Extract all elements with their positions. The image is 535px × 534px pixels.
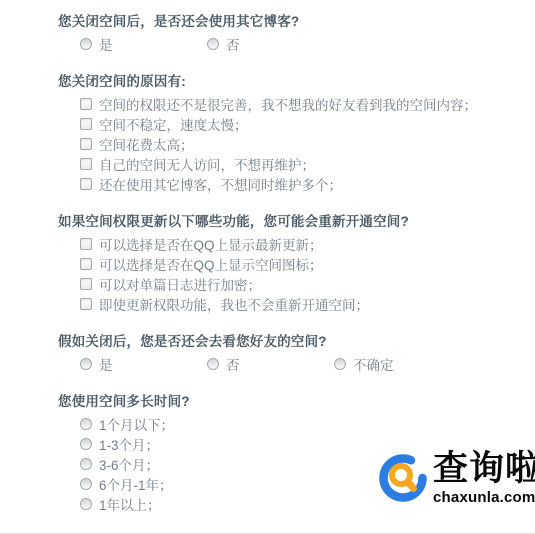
option-label: 是 <box>99 34 113 54</box>
radio-option-row: 是 <box>80 354 207 374</box>
question-title: 假如关闭后，您是否还会去看您好友的空间? <box>58 333 498 351</box>
option-label: 空间的权限还不是很完善，我不想我的好友看到我的空间内容； <box>99 94 477 114</box>
option-label: 1个月以下； <box>99 414 174 434</box>
option-label: 空间不稳定，速度太慢； <box>99 114 248 134</box>
option-label: 即使更新权限功能，我也不会重新开通空间； <box>99 294 369 314</box>
checkbox-option-row: 可以对单篇日志进行加密； <box>80 274 498 294</box>
checkbox-group-q3: 可以选择是否在QQ上显示最新更新； 可以选择是否在QQ上显示空间图标； 可以对单… <box>80 234 498 314</box>
q2-checkbox-cost[interactable] <box>80 138 92 150</box>
survey-page: { "page": { "background": "#ffffff", "ti… <box>0 0 535 534</box>
option-label: 1年以上； <box>99 494 161 514</box>
question-other-blogs: 您关闭空间后，是否还会使用其它博客? 是 否 <box>58 13 498 54</box>
q3-checkbox-show-icon[interactable] <box>80 258 92 270</box>
checkbox-option-row: 空间的权限还不是很完善，我不想我的好友看到我的空间内容； <box>80 94 498 114</box>
question-visit-friends: 假如关闭后，您是否还会去看您好友的空间? 是 否 不确定 <box>58 333 498 374</box>
q2-checkbox-no-visitors[interactable] <box>80 158 92 170</box>
radio-option-row: 1个月以下； <box>80 414 498 434</box>
checkbox-option-row: 可以选择是否在QQ上显示空间图标； <box>80 254 498 274</box>
q1-radio-no[interactable] <box>207 38 219 50</box>
checkbox-option-row: 空间不稳定，速度太慢； <box>80 114 498 134</box>
option-label: 不确定 <box>353 354 394 374</box>
q5-radio-under-1-month[interactable] <box>80 418 92 430</box>
q4-radio-yes[interactable] <box>80 358 92 370</box>
q5-radio-6-12-months[interactable] <box>80 478 92 490</box>
logo-text-block: 查询啦 chaxunla.com <box>433 449 535 506</box>
radio-option-row: 否 <box>207 354 334 374</box>
q2-checkbox-permissions[interactable] <box>80 98 92 110</box>
question-title: 如果空间权限更新以下哪些功能，您可能会重新开通空间? <box>58 213 498 231</box>
q5-radio-over-1-year[interactable] <box>80 498 92 510</box>
q3-checkbox-encrypt-blog[interactable] <box>80 278 92 290</box>
question-close-reasons: 您关闭空间的原因有: 空间的权限还不是很完善，我不想我的好友看到我的空间内容； … <box>58 73 498 194</box>
checkbox-group-q2: 空间的权限还不是很完善，我不想我的好友看到我的空间内容； 空间不稳定，速度太慢；… <box>80 94 498 194</box>
q4-radio-no[interactable] <box>207 358 219 370</box>
checkbox-option-row: 自己的空间无人访问，不想再维护； <box>80 154 498 174</box>
radio-option-row: 否 <box>207 34 334 54</box>
checkbox-option-row: 空间花费太高； <box>80 134 498 154</box>
q2-checkbox-unstable[interactable] <box>80 118 92 130</box>
question-title: 您关闭空间的原因有: <box>58 73 498 91</box>
chaxunla-logo: 查询啦 chaxunla.com <box>378 449 535 507</box>
option-label: 1-3个月； <box>99 434 159 454</box>
option-label: 空间花费太高； <box>99 134 194 154</box>
logo-brand-name: 查询啦 <box>433 449 535 489</box>
option-label: 自己的空间无人访问，不想再维护； <box>99 154 315 174</box>
checkbox-option-row: 可以选择是否在QQ上显示最新更新； <box>80 234 498 254</box>
radio-option-row: 是 <box>80 34 207 54</box>
q5-radio-1-3-months[interactable] <box>80 438 92 450</box>
option-label: 还在使用其它博客，不想同时维护多个； <box>99 174 342 194</box>
checkbox-option-row: 还在使用其它博客，不想同时维护多个； <box>80 174 498 194</box>
q3-checkbox-never-reopen[interactable] <box>80 298 92 310</box>
option-label: 否 <box>226 354 240 374</box>
q5-radio-3-6-months[interactable] <box>80 458 92 470</box>
magnifier-search-icon <box>378 449 430 507</box>
option-label: 3-6个月； <box>99 454 159 474</box>
radio-group-q1: 是 否 <box>80 34 498 54</box>
logo-domain: chaxunla.com <box>433 489 535 506</box>
q1-radio-yes[interactable] <box>80 38 92 50</box>
option-label: 6个月-1年； <box>99 474 173 494</box>
option-label: 是 <box>99 354 113 374</box>
q2-checkbox-other-blog[interactable] <box>80 178 92 190</box>
question-title: 您使用空间多长时间? <box>58 393 498 411</box>
q3-checkbox-show-updates[interactable] <box>80 238 92 250</box>
question-reopen-features: 如果空间权限更新以下哪些功能，您可能会重新开通空间? 可以选择是否在QQ上显示最… <box>58 213 498 314</box>
option-label: 可以对单篇日志进行加密； <box>99 274 261 294</box>
option-label: 可以选择是否在QQ上显示最新更新； <box>99 234 323 254</box>
option-label: 可以选择是否在QQ上显示空间图标； <box>99 254 323 274</box>
radio-option-row: 不确定 <box>334 354 461 374</box>
checkbox-option-row: 即使更新权限功能，我也不会重新开通空间； <box>80 294 498 314</box>
question-title: 您关闭空间后，是否还会使用其它博客? <box>58 13 498 31</box>
option-label: 否 <box>226 34 240 54</box>
q4-radio-unsure[interactable] <box>334 358 346 370</box>
radio-group-q4: 是 否 不确定 <box>80 354 498 374</box>
